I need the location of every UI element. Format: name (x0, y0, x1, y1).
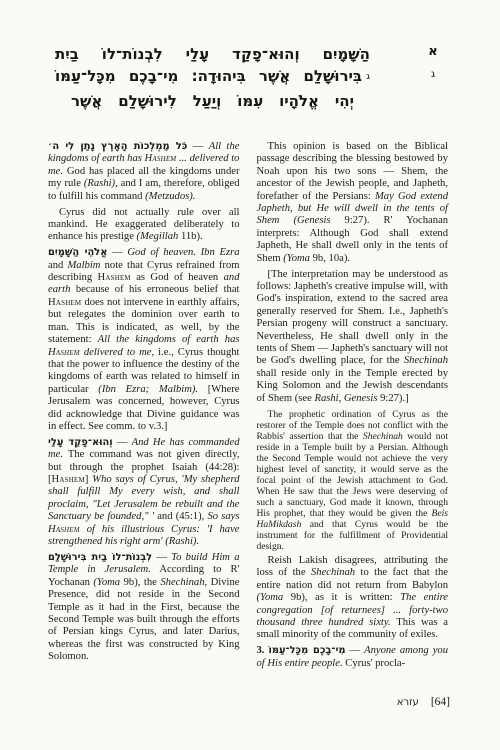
book-page: א ג הַשָּׁמָיִם וְהוּא־פָקַד עָלַי לִבְנ… (0, 0, 500, 750)
text-segment: and (48, 260, 67, 271)
hebrew-verse-line: הַשָּׁמָיִם וְהוּא־פָקַד עָלַי לִבְנוֹת־… (55, 43, 370, 65)
text-segment: — (187, 141, 208, 152)
text-segment: (Ibn Ezra; Malbim). (98, 384, 198, 395)
text-segment: (Yoma (283, 253, 310, 264)
verse-text: יְהִי אֱלֹהָיו עִמּוֹ וְיַעַל לִירוּשָׁל… (71, 92, 354, 110)
divine-name: Hashem (98, 272, 131, 283)
text-segment: and (45:1), (154, 511, 207, 522)
text-segment: (Yoma (257, 592, 284, 603)
hebrew-phrase: מִי־בָכֶם מִכָּל־עַמּוֹ (268, 645, 345, 656)
commentary-paragraph: לִבְנוֹת־לוֹ בַיִת בִּירוּשָׁלִַם — To b… (48, 552, 240, 664)
text-segment: as God of heaven (131, 272, 224, 283)
text-segment: (Megillah (137, 231, 179, 242)
inline-verse-letter: ג (366, 71, 370, 82)
commentary-paragraph: This opinion is based on the Biblical pa… (257, 141, 449, 265)
divine-name: Hashem (145, 153, 177, 164)
commentary-paragraph: כֹּל מַמְלְכוֹת הָאָרֶץ נָתַן לִי ה׳ — A… (48, 141, 240, 203)
text-segment: (Rashi), (84, 178, 118, 189)
hebrew-phrase: אֱלֹהֵי הַשָּׁמָיִם (48, 247, 107, 258)
text-segment: Shechinah (311, 567, 355, 578)
text-segment: — (107, 247, 127, 258)
book-name: עזרא (397, 697, 419, 708)
commentary-right-column: This opinion is based on the Biblical pa… (257, 141, 449, 674)
text-segment: because of his erroneous belief that (70, 284, 239, 295)
text-segment: Malbim (67, 260, 100, 271)
text-segment: Shechinah (363, 431, 403, 442)
commentary-paragraph: 3. מִי־בָכֶם מִכָּל־עַמּוֹ — Anyone amon… (257, 645, 449, 670)
text-segment: So says (207, 511, 239, 522)
text-segment: Rashi, Genesis (314, 393, 377, 404)
commentary-paragraph: [The interpretation may be understood as… (257, 269, 449, 405)
hebrew-verse-block: הַשָּׁמָיִם וְהוּא־פָקַד עָלַי לִבְנוֹת־… (55, 43, 370, 112)
divine-name: Hashem (48, 524, 80, 535)
commentary-left-column: כֹּל מַמְלְכוֹת הָאָרֶץ נָתַן לִי ה׳ — A… (48, 141, 240, 674)
text-segment: Cyrus' procla- (343, 658, 406, 669)
verse-text: בִּירוּשָׁלִַם אֲשֶׁר בִּיהוּדָה: מִי־בָ… (55, 67, 362, 85)
divine-name: Hashem (48, 347, 80, 358)
text-segment: — (152, 552, 171, 563)
text-segment: (Yoma (93, 577, 120, 588)
hebrew-verse-line: גבִּירוּשָׁלִַם אֲשֶׁר בִּיהוּדָה: מִי־ב… (55, 65, 370, 90)
text-segment: delivered to me, (80, 347, 154, 358)
page-number: [64] (431, 696, 450, 708)
commentary-columns: כֹּל מַמְלְכוֹת הָאָרֶץ נָתַן לִי ה׳ — A… (48, 141, 448, 674)
text-segment: Shechinah (404, 355, 448, 366)
text-segment: 9b), the (120, 577, 160, 588)
text-segment: — (346, 645, 365, 656)
chapter-letter: א (424, 45, 442, 59)
commentary-paragraph: Cyrus did not actually rule over all man… (48, 207, 240, 244)
text-segment: 9b, 10a). (310, 253, 350, 264)
commentary-paragraph: The prophetic ordination of Cyrus as the… (257, 409, 449, 552)
text-segment: [The interpretation may be understood as… (257, 269, 449, 367)
commentary-paragraph: אֱלֹהֵי הַשָּׁמָיִם — God of heaven. Ibn… (48, 247, 240, 433)
text-segment: 9b), as it is written: (283, 592, 400, 603)
text-segment: All the kingdoms of earth has (98, 334, 240, 345)
text-segment: (Metzudos). (145, 191, 195, 202)
verse-text: הַשָּׁמָיִם וְהוּא־פָקַד עָלַי לִבְנוֹת־… (55, 45, 370, 63)
hebrew-phrase: וְהוּא־פָקַד עָלַי (48, 437, 113, 448)
hebrew-phrase: כֹּל מַמְלְכוֹת הָאָרֶץ נָתַן לִי ה׳ (48, 141, 187, 152)
commentary-paragraph: וְהוּא־פָקַד עָלַי — And He has commande… (48, 437, 240, 549)
text-segment: Divine Presence, did not reside in the S… (48, 577, 240, 662)
text-segment: God of heaven. Ibn Ezra (127, 247, 239, 258)
text-segment: 11b). (178, 231, 202, 242)
hebrew-phrase: לִבְנוֹת־לוֹ בַיִת בִּירוּשָׁלִַם (48, 552, 152, 563)
text-segment: 9:27).] (377, 393, 408, 404)
text-segment: — (113, 437, 132, 448)
page-footer: עזרא [64] (397, 696, 450, 708)
text-segment: would not reside in a Temple built by a … (257, 431, 449, 519)
divine-name: Hashem (48, 297, 81, 308)
divine-name: Hashem (52, 474, 85, 485)
verse-margin-letter: ג (424, 69, 442, 80)
text-segment: 3. (257, 645, 269, 656)
text-segment: Shechinah, (160, 577, 207, 588)
commentary-paragraph: Reish Lakish disagrees, attributing the … (257, 555, 449, 642)
verse-margin-column: א ג (424, 45, 442, 80)
hebrew-verse-line: יְהִי אֱלֹהָיו עִמּוֹ וְיַעַל לִירוּשָׁל… (55, 90, 370, 112)
